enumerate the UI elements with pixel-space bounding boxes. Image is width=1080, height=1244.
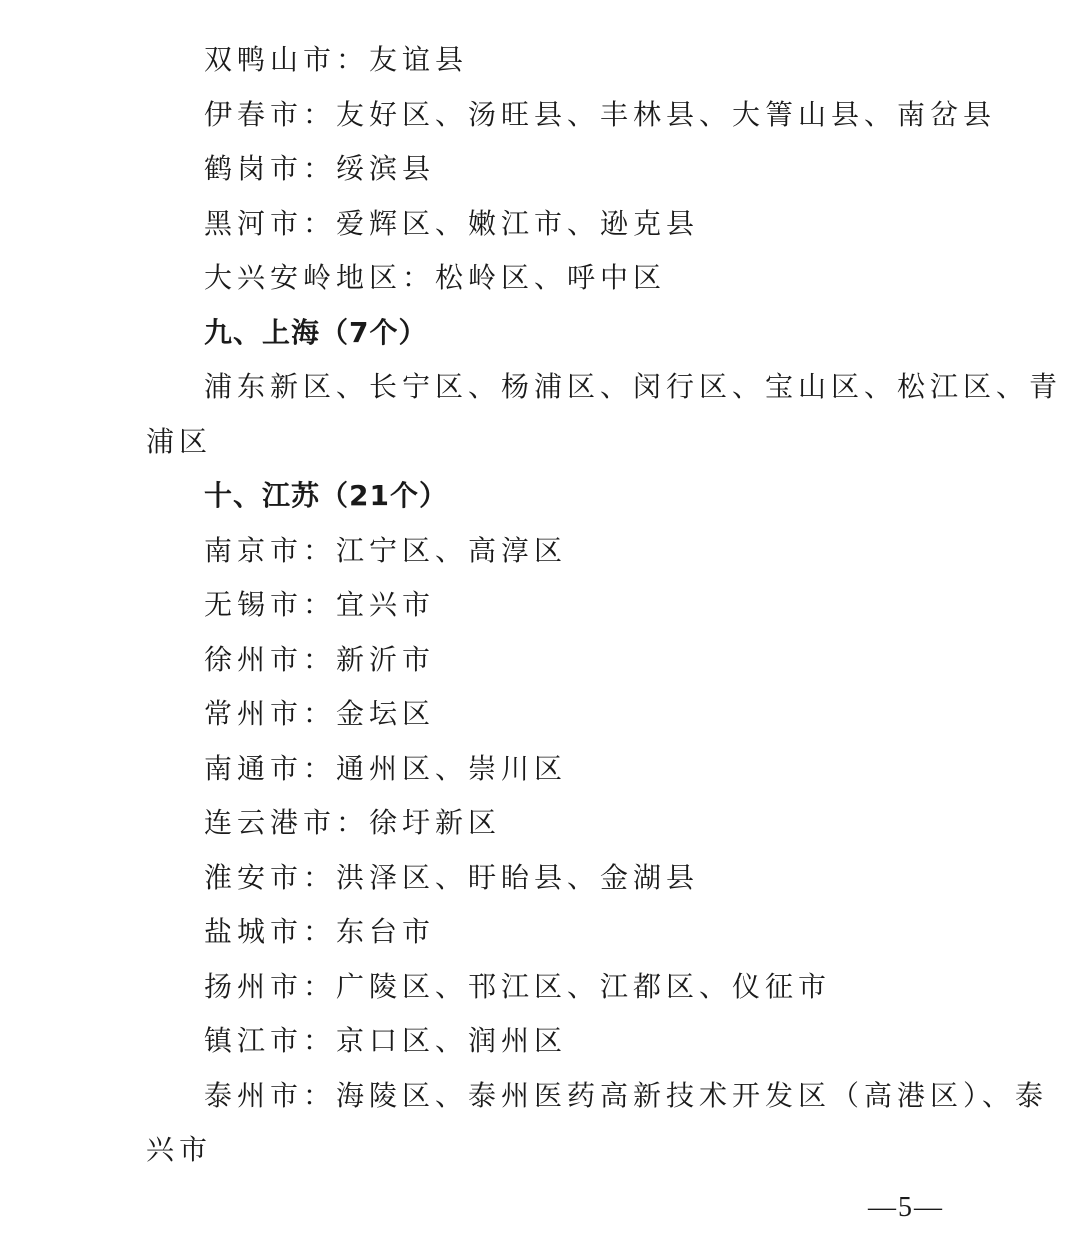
page-number: —5—: [868, 1188, 944, 1228]
list-item-shuangyashan: 双鸭山市：友谊县: [204, 40, 468, 80]
list-item-nanjing: 南京市：江宁区、高淳区: [204, 531, 567, 571]
list-item-heihe: 黑河市：爱辉区、嫩江市、逊克县: [204, 204, 699, 244]
list-item-yangzhou: 扬州市：广陵区、邗江区、江都区、仪征市: [204, 967, 831, 1007]
list-item-yichun: 伊春市：友好区、汤旺县、丰林县、大箐山县、南岔县: [204, 95, 996, 135]
list-item-xuzhou: 徐州市：新沂市: [204, 640, 435, 680]
section-heading-shanghai: 九、上海（7个）: [204, 313, 427, 353]
list-item-lianyungang: 连云港市：徐圩新区: [204, 803, 501, 843]
list-item-zhenjiang: 镇江市：京口区、润州区: [204, 1021, 567, 1061]
list-item-changzhou: 常州市：金坛区: [204, 694, 435, 734]
list-item-hegang: 鹤岗市：绥滨县: [204, 149, 435, 189]
list-item-taizhou: 泰州市：海陵区、泰州医药高新技术开发区（高港区）、泰: [204, 1076, 1048, 1116]
list-item-nantong: 南通市：通州区、崇川区: [204, 749, 567, 789]
list-item-taizhou-continuation: 兴市: [146, 1130, 212, 1170]
list-item-daxinganling: 大兴安岭地区：松岭区、呼中区: [204, 258, 666, 298]
list-item-yancheng: 盐城市：东台市: [204, 912, 435, 952]
list-item-huaian: 淮安市：洪泽区、盱眙县、金湖县: [204, 858, 699, 898]
list-item-wuxi: 无锡市：宜兴市: [204, 585, 435, 625]
list-item-shanghai-districts: 浦东新区、长宁区、杨浦区、闵行区、宝山区、松江区、青: [204, 367, 1062, 407]
document-page: 双鸭山市：友谊县 伊春市：友好区、汤旺县、丰林县、大箐山县、南岔县 鹤岗市：绥滨…: [0, 0, 1080, 1244]
list-item-shanghai-continuation: 浦区: [146, 422, 212, 462]
section-heading-jiangsu: 十、江苏（21个）: [204, 476, 448, 516]
